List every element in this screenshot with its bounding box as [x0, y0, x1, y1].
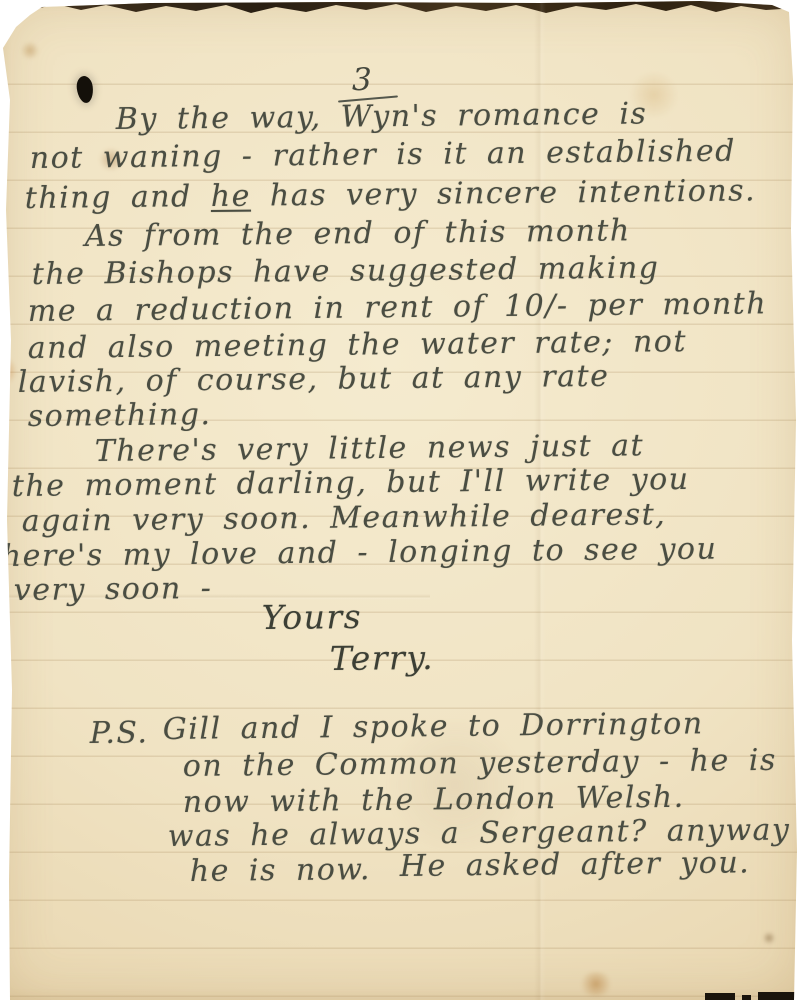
stain: [578, 972, 614, 996]
stain: [20, 42, 40, 59]
line-segment: thing and: [25, 179, 211, 216]
page-number: 3: [352, 62, 372, 98]
letter-photo: 3 By the way, Wyn's romance is not wanin…: [0, 0, 803, 1000]
ink-mark: [705, 993, 735, 1000]
ink-mark: [742, 995, 751, 1000]
stain: [762, 932, 776, 944]
line-segment: has very sincere intentions.: [251, 173, 757, 213]
valediction: Yours: [262, 600, 363, 635]
underlined-word: he: [211, 179, 251, 214]
postscript-line: Gill and I spoke to Dorrington: [163, 707, 704, 747]
handwritten-line: By the way, Wyn's romance is: [116, 97, 648, 137]
letter-page: 3 By the way, Wyn's romance is not wanin…: [0, 0, 803, 1000]
postscript-label: P.S.: [90, 716, 149, 751]
postscript-line: He asked after you.: [400, 846, 751, 884]
postscript-line: on the Common yesterday - he is: [183, 744, 777, 784]
handwritten-line: the Bishops have suggested making: [32, 251, 660, 292]
ink-mark: [758, 992, 800, 1000]
signature: Terry.: [330, 641, 435, 676]
ink-mark: [798, 962, 803, 988]
handwritten-line: lavish, of course, but at any rate: [18, 360, 610, 400]
handwritten-line: As from the end of this month: [85, 214, 631, 254]
postscript-line: he is now.: [190, 853, 372, 889]
handwritten-line: very soon -: [14, 572, 213, 608]
handwritten-line: something.: [28, 398, 212, 434]
